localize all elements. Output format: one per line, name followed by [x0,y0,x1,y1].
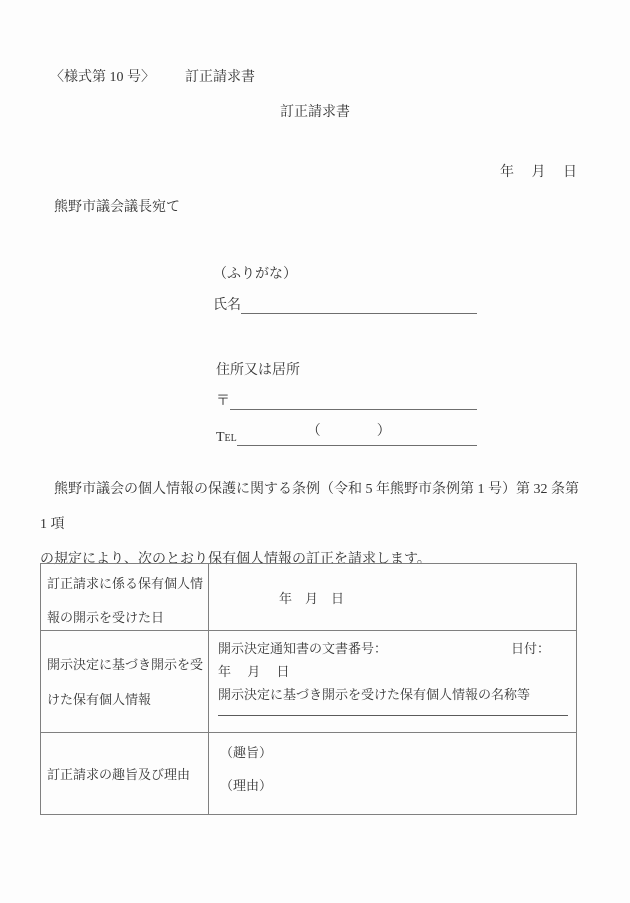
reason-label: （理由） [220,775,570,797]
doc-number-label: 開示決定通知書の文書番号： [218,637,387,660]
tel-field-row: Tel （ ） [216,420,477,446]
doc-date-placeholder: 年 月 日 [218,660,570,683]
postal-fill-line[interactable] [230,384,477,410]
document-page: 〈様式第 10 号〉 訂正請求書 訂正請求書 年 月 日 熊野市議会議長宛て （… [0,0,630,903]
purpose-label: （趣旨） [220,742,570,764]
furigana-label: （ふりがな） [213,263,297,283]
postal-field-row: 〒 [216,384,477,410]
table-row3-value: （趣旨） （理由） [208,732,576,814]
disclosure-date-placeholder: 年 月 日 [279,588,344,607]
form-number: 〈様式第 10 号〉 [50,66,155,86]
form-header-title: 訂正請求書 [185,66,255,86]
table-row2-label: 開示決定に基づき開示を受けた保有個人情報 [41,630,208,732]
body-line-1: 熊野市議会の個人情報の保護に関する条例（令和 5 年熊野市条例第 1 号）第 3… [40,472,580,542]
postal-mark: 〒 [216,390,230,410]
name-field-row: 氏名 [213,288,477,314]
doc-number-line: 開示決定通知書の文書番号： 日付： [218,637,570,660]
table-row3-label-text: 訂正請求の趣旨及び理由 [47,764,190,783]
address-label: 住所又は居所 [216,359,300,379]
document-title: 訂正請求書 [0,101,630,121]
table-row2-label-text: 開示決定に基づき開示を受けた保有個人情報 [47,647,204,717]
tel-parens: （ ） [307,424,391,439]
tel-label: Tel [216,430,237,446]
recipient-line: 熊野市議会議長宛て [54,196,180,216]
table-row2-value: 開示決定通知書の文書番号： 日付： 年 月 日 開示決定に基づき開示を受けた保有… [208,630,576,732]
table-row1-label: 訂正請求に係る保有個人情報の開示を受けた日 [41,564,208,630]
tel-fill-line[interactable]: （ ） [237,420,477,446]
table-row3-label: 訂正請求の趣旨及び理由 [41,732,208,814]
body-paragraph: 熊野市議会の個人情報の保護に関する条例（令和 5 年熊野市条例第 1 号）第 3… [40,472,580,577]
doc-date-label: 日付： [511,637,550,660]
request-table: 訂正請求に係る保有個人情報の開示を受けた日 年 月 日 開示決定に基づき開示を受… [40,563,577,815]
info-name-fill-line[interactable] [218,715,568,716]
name-label: 氏名 [213,294,241,314]
info-name-caption: 開示決定に基づき開示を受けた保有個人情報の名称等 [218,683,570,706]
date-line: 年 月 日 [500,161,577,181]
name-fill-line[interactable] [241,288,477,314]
form-header: 〈様式第 10 号〉 訂正請求書 [50,66,255,86]
table-row1-value: 年 月 日 [208,564,576,630]
